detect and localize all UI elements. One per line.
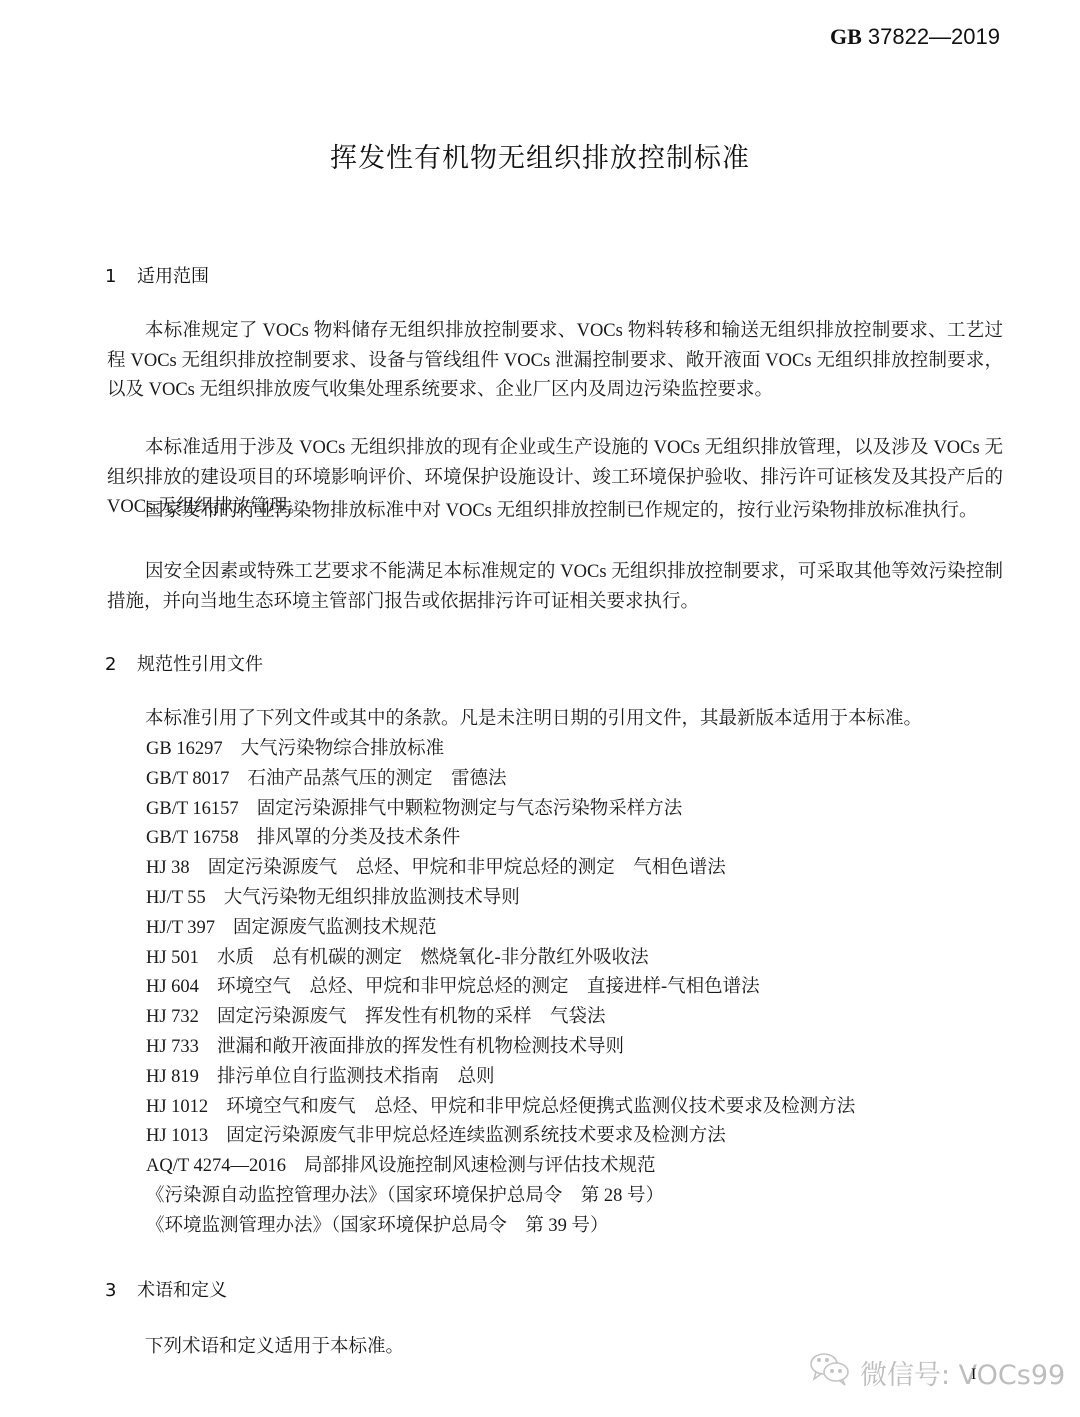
reference-code: HJ 501 <box>146 948 199 968</box>
reference-item: GB/T 16157固定污染源排气中颗粒物测定与气态污染物采样方法 <box>146 795 855 825</box>
paragraph: 本标准规定了 VOCs 物料储存无组织排放控制要求、VOCs 物料转移和输送无组… <box>107 317 1003 406</box>
document-title: 挥发性有机物无组织排放控制标准 <box>0 136 1080 175</box>
reference-title: 固定污染源废气 总烃、甲烷和非甲烷总烃的测定 气相色谱法 <box>208 858 726 878</box>
section-1-heading: 1适用范围 <box>105 262 209 288</box>
reference-item: HJ/T 397固定源废气监测技术规范 <box>146 914 855 944</box>
section-number: 1 <box>105 266 137 287</box>
normative-references-list: GB 16297大气污染物综合排放标准 GB/T 8017石油产品蒸气压的测定 … <box>146 735 855 1242</box>
reference-code: HJ 604 <box>146 977 199 997</box>
reference-title: 局部排风设施控制风速检测与评估技术规范 <box>304 1156 656 1176</box>
reference-code: AQ/T 4274—2016 <box>146 1156 286 1176</box>
standard-number: 37822—2019 <box>868 24 1000 49</box>
reference-item: HJ 733泄漏和敞开液面排放的挥发性有机物检测技术导则 <box>146 1033 855 1063</box>
reference-title: 排污单位自行监测技术指南 总则 <box>217 1067 495 1087</box>
reference-title: 大气污染物综合排放标准 <box>241 739 445 759</box>
paragraph: 因安全因素或特殊工艺要求不能满足本标准规定的 VOCs 无组织排放控制要求，可采… <box>107 558 1003 617</box>
reference-item: HJ 819排污单位自行监测技术指南 总则 <box>146 1063 855 1093</box>
standard-code: GB 37822—2019 <box>830 24 1000 50</box>
reference-title: 固定源废气监测技术规范 <box>233 918 437 938</box>
reference-item: 《环境监测管理办法》（国家环境保护总局令 第 39 号） <box>146 1212 855 1242</box>
reference-code: HJ 1012 <box>146 1097 208 1117</box>
reference-title: 《环境监测管理办法》（国家环境保护总局令 第 39 号） <box>146 1216 609 1236</box>
reference-code: GB/T 8017 <box>146 769 229 789</box>
references-intro: 本标准引用了下列文件或其中的条款。凡是未注明日期的引用文件，其最新版本适用于本标… <box>107 705 1003 735</box>
reference-title: 水质 总有机碳的测定 燃烧氧化-非分散红外吸收法 <box>217 948 649 968</box>
reference-title: 固定污染源废气 挥发性有机物的采样 气袋法 <box>217 1007 606 1027</box>
reference-title: 固定污染源排气中颗粒物测定与气态污染物采样方法 <box>257 799 683 819</box>
reference-item: HJ 732固定污染源废气 挥发性有机物的采样 气袋法 <box>146 1003 855 1033</box>
reference-title: 环境空气 总烃、甲烷和非甲烷总烃的测定 直接进样-气相色谱法 <box>217 977 760 997</box>
reference-item: HJ 604环境空气 总烃、甲烷和非甲烷总烃的测定 直接进样-气相色谱法 <box>146 973 855 1003</box>
reference-item: HJ/T 55大气污染物无组织排放监测技术导则 <box>146 884 855 914</box>
reference-code: HJ/T 55 <box>146 888 206 908</box>
section-3-heading: 3术语和定义 <box>105 1276 227 1302</box>
reference-code: HJ 38 <box>146 858 190 878</box>
section-title: 适用范围 <box>137 266 209 287</box>
reference-code: HJ/T 397 <box>146 918 215 938</box>
reference-title: 石油产品蒸气压的测定 雷德法 <box>247 769 506 789</box>
section-number: 3 <box>105 1280 137 1301</box>
section-2-heading: 2规范性引用文件 <box>105 650 263 676</box>
watermark-text: 微信号: VOCs99 <box>860 1353 1065 1392</box>
reference-item: HJ 1013固定污染源废气非甲烷总烃连续监测系统技术要求及检测方法 <box>146 1122 855 1152</box>
reference-code: HJ 732 <box>146 1007 199 1027</box>
reference-title: 排风罩的分类及技术条件 <box>257 828 461 848</box>
reference-item: HJ 38固定污染源废气 总烃、甲烷和非甲烷总烃的测定 气相色谱法 <box>146 854 855 884</box>
reference-item: 《污染源自动监控管理办法》（国家环境保护总局令 第 28 号） <box>146 1182 855 1212</box>
reference-item: GB 16297大气污染物综合排放标准 <box>146 735 855 765</box>
reference-item: GB/T 8017石油产品蒸气压的测定 雷德法 <box>146 765 855 795</box>
reference-code: GB 16297 <box>146 739 223 759</box>
reference-title: 泄漏和敞开液面排放的挥发性有机物检测技术导则 <box>217 1037 624 1057</box>
reference-item: HJ 1012环境空气和废气 总烃、甲烷和非甲烷总烃便携式监测仪技术要求及检测方… <box>146 1093 855 1123</box>
paragraph: 国家发布的行业污染物排放标准中对 VOCs 无组织排放控制已作规定的，按行业污染… <box>107 497 1003 527</box>
reference-item: GB/T 16758排风罩的分类及技术条件 <box>146 824 855 854</box>
reference-code: GB/T 16758 <box>146 828 239 848</box>
wechat-icon <box>808 1350 852 1395</box>
reference-item: HJ 501水质 总有机碳的测定 燃烧氧化-非分散红外吸收法 <box>146 944 855 974</box>
page-number: I <box>971 1366 976 1384</box>
reference-title: 固定污染源废气非甲烷总烃连续监测系统技术要求及检测方法 <box>226 1126 726 1146</box>
reference-code: GB/T 16157 <box>146 799 239 819</box>
reference-item: AQ/T 4274—2016局部排风设施控制风速检测与评估技术规范 <box>146 1152 855 1182</box>
wechat-watermark: 微信号: VOCs99 <box>808 1350 1065 1395</box>
reference-title: 环境空气和废气 总烃、甲烷和非甲烷总烃便携式监测仪技术要求及检测方法 <box>226 1097 855 1117</box>
section-title: 术语和定义 <box>137 1280 227 1301</box>
section-title: 规范性引用文件 <box>137 654 263 675</box>
reference-code: HJ 819 <box>146 1067 199 1087</box>
reference-title: 大气污染物无组织排放监测技术导则 <box>224 888 520 908</box>
reference-code: HJ 733 <box>146 1037 199 1057</box>
section-number: 2 <box>105 654 137 675</box>
reference-title: 《污染源自动监控管理办法》（国家环境保护总局令 第 28 号） <box>146 1186 664 1206</box>
reference-code: HJ 1013 <box>146 1126 208 1146</box>
standard-prefix: GB <box>830 24 862 49</box>
